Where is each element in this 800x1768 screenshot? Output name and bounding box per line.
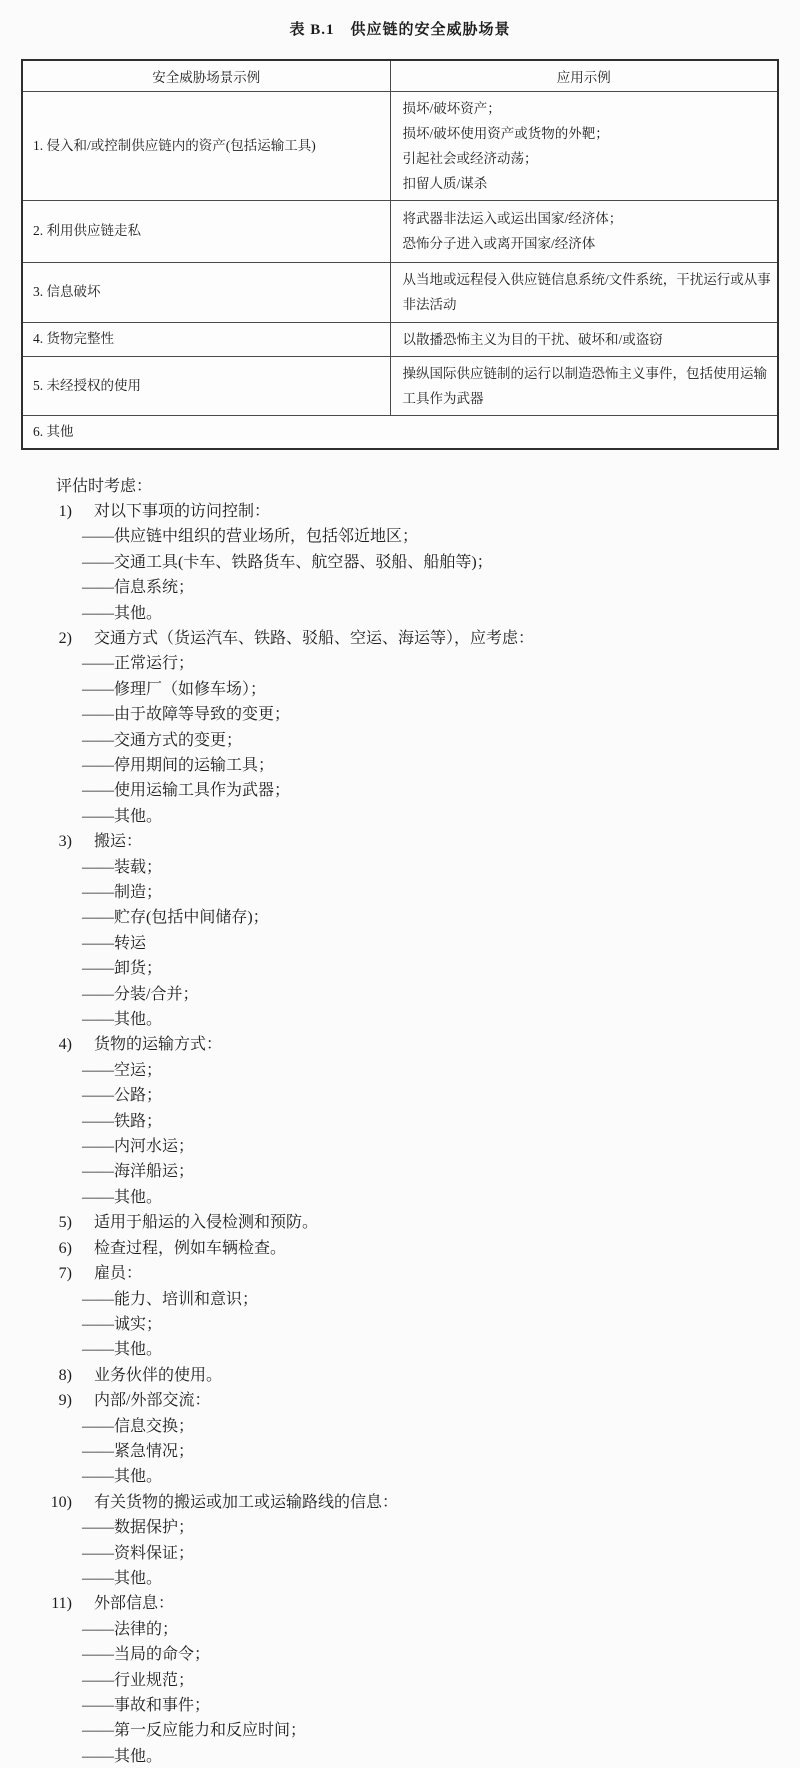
scenario-cell: 5. 未经授权的使用 — [22, 356, 390, 415]
list-item-numbered: 5)适用于船运的入侵检测和预防。 — [0, 1210, 800, 1235]
application-example-cell: 以散播恐怖主义为目的干扰、破坏和/或盗窃 — [390, 322, 778, 356]
application-example-cell: 损坏/破坏资产；损坏/破坏使用资产或货物的外靶；引起社会或经济动荡；扣留人质/谋… — [390, 91, 778, 200]
list-item-text: 有关货物的搬运或加工或运输路线的信息： — [72, 1494, 398, 1511]
application-example-line: 损坏/破坏使用资产或货物的外靶； — [403, 121, 772, 146]
list-subitem: ——其他。 — [0, 1185, 800, 1210]
list-subitem: ——其他。 — [0, 1337, 800, 1362]
list-subitem: ——制造； — [0, 880, 800, 905]
list-subitem: ——供应链中组织的营业场所，包括邻近地区； — [0, 524, 800, 549]
list-subitem: ——当局的命令； — [0, 1642, 800, 1667]
list-item-number: 10) — [0, 1490, 72, 1515]
list-subitem: ——信息系统； — [0, 575, 800, 600]
table-row: 3. 信息破坏从当地或远程侵入供应链信息系统/文件系统，干扰运行或从事非法活动 — [22, 262, 778, 322]
list-subitem: ——公路； — [0, 1083, 800, 1108]
application-example-line: 以散播恐怖主义为目的干扰、破坏和/或盗窃 — [403, 327, 772, 352]
list-item-number: 3) — [0, 829, 72, 854]
list-item-text: 外部信息： — [72, 1595, 174, 1612]
list-item-text: 业务伙伴的使用。 — [72, 1367, 222, 1384]
list-subitem: ——其他。 — [0, 1744, 800, 1768]
list-subitem: ——其他。 — [0, 601, 800, 626]
list-item-number: 8) — [0, 1363, 72, 1388]
table-row: 1. 侵入和/或控制供应链内的资产(包括运输工具)损坏/破坏资产；损坏/破坏使用… — [22, 91, 778, 200]
application-example-line: 恐怖分子进入或离开国家/经济体 — [403, 231, 772, 256]
table-row: 4. 货物完整性以散播恐怖主义为目的干扰、破坏和/或盗窃 — [22, 322, 778, 356]
list-item-text: 雇员： — [72, 1265, 142, 1282]
application-example-line: 扣留人质/谋杀 — [403, 171, 772, 196]
application-example-cell: 将武器非法运入或运出国家/经济体；恐怖分子进入或离开国家/经济体 — [390, 200, 778, 262]
list-item-text: 交通方式（货运汽车、铁路、驳船、空运、海运等），应考虑： — [72, 630, 534, 647]
list-subitem: ——装载； — [0, 855, 800, 880]
col-header-threat-scenario: 安全威胁场景示例 — [22, 60, 390, 91]
list-item-numbered: 4)货物的运输方式： — [0, 1032, 800, 1057]
scenario-cell: 6. 其他 — [22, 415, 778, 449]
document-page: 表 B.1 供应链的安全威胁场景 安全威胁场景示例 应用示例 1. 侵入和/或控… — [0, 0, 800, 1768]
list-item-number: 11) — [0, 1591, 72, 1616]
application-example-line: 将武器非法运入或运出国家/经济体； — [403, 206, 772, 231]
list-subitem: ——诚实； — [0, 1312, 800, 1337]
list-subitem: ——贮存(包括中间储存)； — [0, 905, 800, 930]
scenario-cell: 4. 货物完整性 — [22, 322, 390, 356]
table-row: 6. 其他 — [22, 415, 778, 449]
list-item-numbered: 1)对以下事项的访问控制： — [0, 499, 800, 524]
list-item-number: 6) — [0, 1236, 72, 1261]
list-intro: 评估时考虑： — [0, 474, 800, 499]
list-subitem: ——其他。 — [0, 804, 800, 829]
application-example-cell: 从当地或远程侵入供应链信息系统/文件系统，干扰运行或从事非法活动 — [390, 262, 778, 322]
list-subitem: ——其他。 — [0, 1464, 800, 1489]
col-header-application-example: 应用示例 — [390, 60, 778, 91]
list-item-numbered: 2)交通方式（货运汽车、铁路、驳船、空运、海运等），应考虑： — [0, 626, 800, 651]
table-caption: 表 B.1 供应链的安全威胁场景 — [0, 0, 800, 39]
list-item-numbered: 7)雇员： — [0, 1261, 800, 1286]
list-item-number: 4) — [0, 1032, 72, 1057]
list-item-numbered: 9)内部/外部交流： — [0, 1388, 800, 1413]
list-subitem: ——使用运输工具作为武器； — [0, 778, 800, 803]
application-example-line: 引起社会或经济动荡； — [403, 146, 772, 171]
list-subitem: ——由于故障等导致的变更； — [0, 702, 800, 727]
list-subitem: ——转运 — [0, 931, 800, 956]
list-item-numbered: 3)搬运： — [0, 829, 800, 854]
list-item-numbered: 11)外部信息： — [0, 1591, 800, 1616]
list-item-numbered: 6)检查过程，例如车辆检查。 — [0, 1236, 800, 1261]
list-item-text: 搬运： — [72, 833, 142, 850]
list-item-text: 适用于船运的入侵检测和预防。 — [72, 1214, 318, 1231]
list-subitem: ——正常运行； — [0, 651, 800, 676]
list-subitem: ——其他。 — [0, 1007, 800, 1032]
list-subitem: ——分装/合并； — [0, 982, 800, 1007]
list-subitem: ——其他。 — [0, 1566, 800, 1591]
list-item-text: 货物的运输方式： — [72, 1036, 222, 1053]
list-subitem: ——资料保证； — [0, 1541, 800, 1566]
assessment-considerations-list: 评估时考虑：1)对以下事项的访问控制：——供应链中组织的营业场所，包括邻近地区；… — [0, 474, 800, 1768]
list-subitem: ——修理厂（如修车场）； — [0, 677, 800, 702]
list-subitem: ——行业规范； — [0, 1668, 800, 1693]
list-item-number: 7) — [0, 1261, 72, 1286]
list-subitem: ——法律的； — [0, 1617, 800, 1642]
list-item-text: 内部/外部交流： — [72, 1392, 210, 1409]
list-item-text: 检查过程，例如车辆检查。 — [72, 1240, 286, 1257]
list-subitem: ——事故和事件； — [0, 1693, 800, 1718]
list-subitem: ——停用期间的运输工具； — [0, 753, 800, 778]
list-subitem: ——能力、培训和意识； — [0, 1287, 800, 1312]
list-subitem: ——交通方式的变更； — [0, 728, 800, 753]
list-subitem: ——空运； — [0, 1058, 800, 1083]
list-item-numbered: 8)业务伙伴的使用。 — [0, 1363, 800, 1388]
list-subitem: ——铁路； — [0, 1109, 800, 1134]
list-item-number: 2) — [0, 626, 72, 651]
application-example-line: 损坏/破坏资产； — [403, 96, 772, 121]
scenario-cell: 1. 侵入和/或控制供应链内的资产(包括运输工具) — [22, 91, 390, 200]
list-subitem: ——内河水运； — [0, 1134, 800, 1159]
list-subitem: ——数据保护； — [0, 1515, 800, 1540]
list-item-number: 5) — [0, 1210, 72, 1235]
list-subitem: ——第一反应能力和反应时间； — [0, 1718, 800, 1743]
table-header-row: 安全威胁场景示例 应用示例 — [22, 60, 778, 91]
scenario-cell: 2. 利用供应链走私 — [22, 200, 390, 262]
list-subitem: ——海洋船运； — [0, 1159, 800, 1184]
list-subitem: ——交通工具(卡车、铁路货车、航空器、驳船、船舶等)； — [0, 550, 800, 575]
table-row: 2. 利用供应链走私将武器非法运入或运出国家/经济体；恐怖分子进入或离开国家/经… — [22, 200, 778, 262]
scenario-cell: 3. 信息破坏 — [22, 262, 390, 322]
list-subitem: ——信息交换； — [0, 1414, 800, 1439]
threat-scenario-table: 安全威胁场景示例 应用示例 1. 侵入和/或控制供应链内的资产(包括运输工具)损… — [21, 59, 779, 450]
application-example-line: 操纵国际供应链制的运行以制造恐怖主义事件，包括使用运输工具作为武器 — [403, 361, 772, 411]
application-example-cell: 操纵国际供应链制的运行以制造恐怖主义事件，包括使用运输工具作为武器 — [390, 356, 778, 415]
list-subitem: ——卸货； — [0, 956, 800, 981]
list-item-number: 1) — [0, 499, 72, 524]
application-example-line: 从当地或远程侵入供应链信息系统/文件系统，干扰运行或从事非法活动 — [403, 267, 772, 317]
table-row: 5. 未经授权的使用操纵国际供应链制的运行以制造恐怖主义事件，包括使用运输工具作… — [22, 356, 778, 415]
list-item-text: 对以下事项的访问控制： — [72, 503, 270, 520]
list-item-number: 9) — [0, 1388, 72, 1413]
list-item-numbered: 10)有关货物的搬运或加工或运输路线的信息： — [0, 1490, 800, 1515]
list-subitem: ——紧急情况； — [0, 1439, 800, 1464]
